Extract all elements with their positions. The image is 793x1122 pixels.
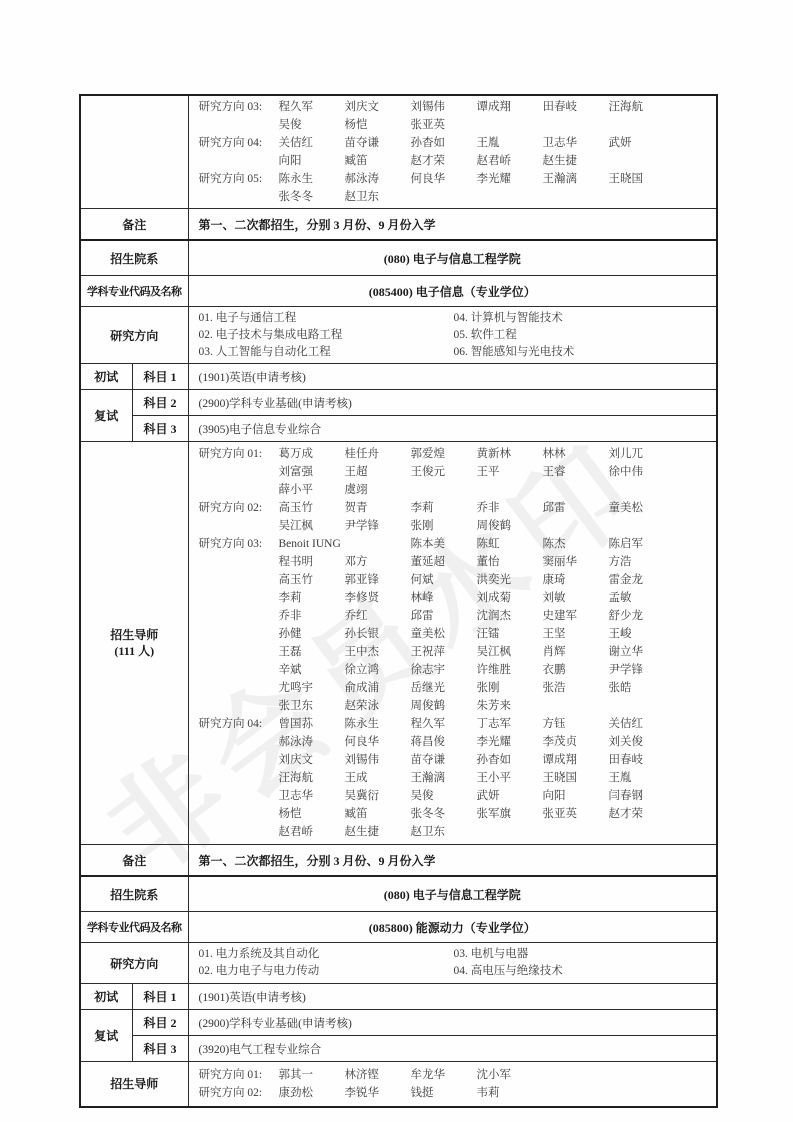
subject2-value: (2900)学科专业基础(申请考核) xyxy=(188,390,717,416)
supervisor-name: 赵生捷 xyxy=(543,152,609,170)
supervisor-name: 尹学锋 xyxy=(609,661,675,679)
supervisor-name: 郭亚锋 xyxy=(345,571,411,589)
supervisor-name: 王祝萍 xyxy=(411,643,477,661)
table-row-subject: 复试科目 2(2900)学科专业基础(申请考核) xyxy=(80,1010,717,1036)
direction-prefix: 研究方向 05: xyxy=(199,170,279,188)
row-label-empty xyxy=(80,95,188,209)
supervisor-line: 高玉竹郭亚锋何斌洪奕光康琦雷金龙 xyxy=(199,571,711,589)
supervisor-name: 高玉竹 xyxy=(279,571,345,589)
supervisor-name: 李锐华 xyxy=(345,1084,411,1102)
directions-list: 01. 电子与通信工程04. 计算机与智能技术02. 电子技术与集成电路工程05… xyxy=(188,307,717,364)
supervisor-name: 窦丽华 xyxy=(543,553,609,571)
note-value: 第一、二次都招生，分别 3 月份、9 月份入学 xyxy=(188,209,717,241)
supervisor-line: 王磊王中杰王祝萍吴江枫肖辉谢立华 xyxy=(199,643,711,661)
supervisor-name: 关佶红 xyxy=(609,715,675,733)
supervisor-name: 方浩 xyxy=(609,553,675,571)
supervisor-line: 张卫东赵荣泳周俊鹤朱芳来 xyxy=(199,697,711,715)
supervisor-name: 李光耀 xyxy=(477,170,543,188)
supervisor-name: 王磊 xyxy=(279,643,345,661)
supervisor-name: 赵才荣 xyxy=(609,805,675,823)
subject1-value: (1901)英语(申请考核) xyxy=(188,364,717,390)
supervisor-name: 吴江枫 xyxy=(279,517,345,535)
subject3-value: (3920)电气工程专业综合 xyxy=(188,1036,717,1062)
direction-prefix: 研究方向 04: xyxy=(199,715,279,733)
dept-value: (080) 电子与信息工程学院 xyxy=(188,240,717,276)
supervisor-name: 刘锡伟 xyxy=(411,98,477,116)
supervisor-line: 薛小平虞翊 xyxy=(199,481,711,499)
supervisor-name: 尹学锋 xyxy=(345,517,411,535)
direction-item: 05. 软件工程 xyxy=(454,327,517,344)
label-line: 招生导师 xyxy=(82,1076,187,1092)
supervisor-name: 王小平 xyxy=(477,769,543,787)
supervisor-name: 谢立华 xyxy=(609,643,675,661)
label-line: (111 人) xyxy=(82,643,187,659)
supervisor-name: 王瀚漓 xyxy=(411,769,477,787)
row-label-subject2: 科目 2 xyxy=(132,390,188,416)
direction-item: 01. 电子与通信工程 xyxy=(199,310,454,327)
direction-item: 01. 电力系统及其自动化 xyxy=(199,946,454,963)
supervisor-name: 程书明 xyxy=(279,553,345,571)
supervisor-name: 臧笛 xyxy=(345,152,411,170)
row-label-major-code: 学科专业代码及名称 xyxy=(80,276,188,307)
supervisor-line: 郝泳涛何良华蒋昌俊李光耀李茂贞刘关俊 xyxy=(199,733,711,751)
row-label-subject1: 科目 1 xyxy=(132,364,188,390)
supervisor-name: 朱芳来 xyxy=(477,697,543,715)
supervisor-name: 赵卫东 xyxy=(411,823,477,841)
direction-prefix: 研究方向 01: xyxy=(199,1066,279,1084)
direction-pair: 02. 电子技术与集成电路工程05. 软件工程 xyxy=(199,327,711,344)
row-label-subject2: 科目 2 xyxy=(132,1010,188,1036)
supervisor-name: 武妍 xyxy=(609,134,675,152)
supervisor-line: 刘富强王超王俊元王平王睿徐中伟 xyxy=(199,463,711,481)
supervisor-name: 李莉 xyxy=(279,589,345,607)
supervisor-name: 邱雷 xyxy=(411,607,477,625)
row-label-dept: 招生院系 xyxy=(80,240,188,276)
supervisor-name: 何良华 xyxy=(411,170,477,188)
supervisor-name: 衣鹏 xyxy=(543,661,609,679)
supervisors-cell: 研究方向 01:葛万成桂任舟郭爱煌黄新林林林刘儿兀刘富强王超王俊元王平王睿徐中伟… xyxy=(188,442,717,845)
supervisor-line: 赵君峤赵生捷赵卫东 xyxy=(199,823,711,841)
supervisor-name: 康琦 xyxy=(543,571,609,589)
table-row-directions2: 研究方向01. 电力系统及其自动化03. 电机与电器02. 电力电子与电力传动0… xyxy=(80,943,717,984)
row-label-first-exam: 初试 xyxy=(80,984,132,1010)
supervisor-name: 桂任舟 xyxy=(345,445,411,463)
supervisor-name: 孙健 xyxy=(279,625,345,643)
row-label-second-exam: 复试 xyxy=(80,390,132,442)
row-label-subject3: 科目 3 xyxy=(132,1036,188,1062)
supervisor-name: 陈启军 xyxy=(609,535,675,553)
supervisor-name: 辛斌 xyxy=(279,661,345,679)
supervisor-name: 郝泳涛 xyxy=(345,170,411,188)
supervisor-name: 王睿 xyxy=(543,463,609,481)
supervisor-name: 王平 xyxy=(477,463,543,481)
supervisor-name: 汪海航 xyxy=(279,769,345,787)
supervisor-name: 关佶红 xyxy=(279,134,345,152)
supervisor-line: 研究方向 03:程久军刘庆文刘锡伟谭成翔田春岐汪海航 xyxy=(199,98,711,116)
supervisor-line: 研究方向 03:Benoit IUNG陈本美陈虹陈杰陈启军 xyxy=(199,535,711,553)
direction-item: 06. 智能感知与光电技术 xyxy=(454,344,575,361)
supervisor-name: 徐中伟 xyxy=(609,463,675,481)
supervisor-name: 苗夺谦 xyxy=(411,751,477,769)
supervisor-name: 向阳 xyxy=(279,152,345,170)
supervisor-name: 程久军 xyxy=(279,98,345,116)
direction-pair: 01. 电力系统及其自动化03. 电机与电器 xyxy=(199,946,711,963)
supervisor-name: 吴俊 xyxy=(279,116,345,134)
supervisor-name: 孙长银 xyxy=(345,625,411,643)
supervisor-name: 郭爱煌 xyxy=(411,445,477,463)
supervisor-name: 武妍 xyxy=(477,787,543,805)
row-label-note: 备注 xyxy=(80,845,188,877)
direction-prefix: 研究方向 03: xyxy=(199,98,279,116)
direction-item: 04. 高电压与绝缘技术 xyxy=(454,963,563,980)
admissions-table: 研究方向 03:程久军刘庆文刘锡伟谭成翔田春岐汪海航吴俊杨恺张亚英研究方向 04… xyxy=(79,94,718,1108)
supervisor-name: 刘锡伟 xyxy=(345,751,411,769)
supervisor-name: 郝泳涛 xyxy=(279,733,345,751)
supervisor-name: 蒋昌俊 xyxy=(411,733,477,751)
supervisor-name: 岳继光 xyxy=(411,679,477,697)
direction-prefix: 研究方向 04: xyxy=(199,134,279,152)
supervisor-name: 徐志宇 xyxy=(411,661,477,679)
supervisor-line: 研究方向 02:康劲松李锐华钱挺韦莉 xyxy=(199,1084,711,1102)
table-row-subject: 初试科目 1(1901)英语(申请考核) xyxy=(80,984,717,1010)
supervisor-name: 刘庆文 xyxy=(279,751,345,769)
direction-prefix: 研究方向 02: xyxy=(199,499,279,517)
supervisor-line: 李莉李修贤林峰刘成菊刘敏孟敏 xyxy=(199,589,711,607)
supervisor-name: 王峻 xyxy=(609,625,675,643)
supervisor-name: 方钰 xyxy=(543,715,609,733)
row-label-dept: 招生院系 xyxy=(80,876,188,912)
row-label-subject3: 科目 3 xyxy=(132,416,188,442)
supervisor-name: 卫志华 xyxy=(279,787,345,805)
supervisor-name: 高玉竹 xyxy=(279,499,345,517)
supervisor-name: 林林 xyxy=(543,445,609,463)
supervisor-name: 李茂贞 xyxy=(543,733,609,751)
table-row-subject: 科目 3(3920)电气工程专业综合 xyxy=(80,1036,717,1062)
subject1-value: (1901)英语(申请考核) xyxy=(188,984,717,1010)
supervisor-name: 杨恺 xyxy=(279,805,345,823)
supervisor-name: 卫志华 xyxy=(543,134,609,152)
supervisor-name: 王中杰 xyxy=(345,643,411,661)
supervisor-name: 谭成翔 xyxy=(543,751,609,769)
table-row-subject: 复试科目 2(2900)学科专业基础(申请考核) xyxy=(80,390,717,416)
row-label-major-code: 学科专业代码及名称 xyxy=(80,912,188,943)
supervisor-name: 刘关俊 xyxy=(609,733,675,751)
subject3-value: (3905)电子信息专业综合 xyxy=(188,416,717,442)
direction-pair: 02. 电力电子与电力传动04. 高电压与绝缘技术 xyxy=(199,963,711,980)
table-row-subject: 科目 3(3905)电子信息专业综合 xyxy=(80,416,717,442)
table-row-note: 备注第一、二次都招生，分别 3 月份、9 月份入学 xyxy=(80,209,717,241)
supervisor-name: 赵才荣 xyxy=(411,152,477,170)
supervisor-name: 林济铿 xyxy=(345,1066,411,1084)
note-value: 第一、二次都招生，分别 3 月份、9 月份入学 xyxy=(188,845,717,877)
table-row-directions3: 研究方向01. 电子与通信工程04. 计算机与智能技术02. 电子技术与集成电路… xyxy=(80,307,717,364)
supervisor-name: 王晓国 xyxy=(609,170,675,188)
supervisor-name: 张刚 xyxy=(411,517,477,535)
supervisor-line: 研究方向 04:曾国荪陈永生程久军丁志军方钰关佶红 xyxy=(199,715,711,733)
supervisor-name: 吴江枫 xyxy=(477,643,543,661)
supervisor-name: 陈本美 xyxy=(411,535,477,553)
supervisor-line: 吴江枫尹学锋张刚周俊鹤 xyxy=(199,517,711,535)
supervisor-name: 史建军 xyxy=(543,607,609,625)
supervisor-name: 王俊元 xyxy=(411,463,477,481)
direction-prefix: 研究方向 02: xyxy=(199,1084,279,1102)
direction-item: 02. 电力电子与电力传动 xyxy=(199,963,454,980)
direction-item: 02. 电子技术与集成电路工程 xyxy=(199,327,454,344)
supervisor-name: 童美松 xyxy=(411,625,477,643)
supervisor-name: 邱雷 xyxy=(543,499,609,517)
direction-prefix: 研究方向 01: xyxy=(199,445,279,463)
supervisor-name: 赵荣泳 xyxy=(345,697,411,715)
supervisor-name: 苗夺谦 xyxy=(345,134,411,152)
supervisor-name: 郭其一 xyxy=(279,1066,345,1084)
supervisor-name: 王瀚漓 xyxy=(543,170,609,188)
supervisor-name: 沈小军 xyxy=(477,1066,543,1084)
supervisor-name: 曾国荪 xyxy=(279,715,345,733)
table-row-supervisorsC: 招生导师研究方向 01:郭其一林济铿牟龙华沈小军研究方向 02:康劲松李锐华钱挺… xyxy=(80,1062,717,1108)
supervisor-name: 刘敏 xyxy=(543,589,609,607)
supervisor-name: 田春岐 xyxy=(609,751,675,769)
supervisor-name: 张皓 xyxy=(609,679,675,697)
supervisor-name: 刘富强 xyxy=(279,463,345,481)
table-row-supervisorsB: 招生导师(111 人)研究方向 01:葛万成桂任舟郭爱煌黄新林林林刘儿兀刘富强王… xyxy=(80,442,717,845)
supervisor-line: 吴俊杨恺张亚英 xyxy=(199,116,711,134)
supervisor-name: 张亚英 xyxy=(411,116,477,134)
supervisor-name: 谭成翔 xyxy=(477,98,543,116)
table-row-code: 学科专业代码及名称(085400) 电子信息（专业学位） xyxy=(80,276,717,307)
row-label-subject1: 科目 1 xyxy=(132,984,188,1010)
supervisor-name: 何斌 xyxy=(411,571,477,589)
supervisor-line: 孙健孙长银童美松汪镭王坚王峻 xyxy=(199,625,711,643)
supervisor-name: 张亚英 xyxy=(543,805,609,823)
row-label-directions: 研究方向 xyxy=(80,307,188,364)
supervisor-name: 雷金龙 xyxy=(609,571,675,589)
supervisor-name: 臧笛 xyxy=(345,805,411,823)
table-row-subject: 初试科目 1(1901)英语(申请考核) xyxy=(80,364,717,390)
document-page: 非会员水印 研究方向 03:程久军刘庆文刘锡伟谭成翔田春岐汪海航吴俊杨恺张亚英研… xyxy=(0,0,793,1122)
supervisor-line: 杨恺臧笛张冬冬张军旗张亚英赵才荣 xyxy=(199,805,711,823)
row-label-second-exam: 复试 xyxy=(80,1010,132,1062)
supervisor-name: 王晓国 xyxy=(543,769,609,787)
supervisor-name: 陈永生 xyxy=(279,170,345,188)
subject2-value: (2900)学科专业基础(申请考核) xyxy=(188,1010,717,1036)
supervisor-name: 尤鸣宇 xyxy=(279,679,345,697)
supervisor-line: 研究方向 05:陈永生郝泳涛何良华李光耀王瀚漓王晓国 xyxy=(199,170,711,188)
label-line: 招生导师 xyxy=(82,627,187,643)
row-label-supervisors: 招生导师 xyxy=(80,1062,188,1108)
supervisor-line: 程书明邓方董延超董怡窦丽华方浩 xyxy=(199,553,711,571)
supervisor-name: 张军旗 xyxy=(477,805,543,823)
supervisor-name: 李修贤 xyxy=(345,589,411,607)
supervisor-name: 张卫东 xyxy=(279,697,345,715)
supervisor-name: 韦莉 xyxy=(477,1084,543,1102)
supervisor-name: 刘儿兀 xyxy=(609,445,675,463)
supervisor-name: 王超 xyxy=(345,463,411,481)
supervisor-name: 何良华 xyxy=(345,733,411,751)
supervisor-name: 丁志军 xyxy=(477,715,543,733)
supervisor-line: 辛斌徐立鸿徐志宇许维胜衣鹏尹学锋 xyxy=(199,661,711,679)
supervisor-line: 张冬冬赵卫东 xyxy=(199,188,711,206)
supervisor-name: 周俊鹤 xyxy=(411,697,477,715)
supervisor-line: 研究方向 02:高玉竹贺青李莉乔非邱雷童美松 xyxy=(199,499,711,517)
supervisor-name: 董怡 xyxy=(477,553,543,571)
supervisor-name: 张刚 xyxy=(477,679,543,697)
supervisor-name: 孙杳如 xyxy=(411,134,477,152)
direction-pair: 03. 人工智能与自动化工程06. 智能感知与光电技术 xyxy=(199,344,711,361)
row-label-first-exam: 初试 xyxy=(80,364,132,390)
table-row-code: 学科专业代码及名称(085800) 能源动力（专业学位） xyxy=(80,912,717,943)
row-label-directions: 研究方向 xyxy=(80,943,188,984)
direction-item: 04. 计算机与智能技术 xyxy=(454,310,563,327)
supervisor-name: 张冬冬 xyxy=(411,805,477,823)
table-row-dept: 招生院系(080) 电子与信息工程学院 xyxy=(80,240,717,276)
supervisors-cell: 研究方向 01:郭其一林济铿牟龙华沈小军研究方向 02:康劲松李锐华钱挺韦莉 xyxy=(188,1062,717,1108)
supervisor-name: 赵君峤 xyxy=(279,823,345,841)
direction-item: 03. 电机与电器 xyxy=(454,946,529,963)
supervisor-name: 赵君峤 xyxy=(477,152,543,170)
supervisor-name: 张浩 xyxy=(543,679,609,697)
supervisor-name: 李莉 xyxy=(411,499,477,517)
row-label-supervisors: 招生导师(111 人) xyxy=(80,442,188,845)
supervisor-name: 沈润杰 xyxy=(477,607,543,625)
supervisor-line: 研究方向 04:关佶红苗夺谦孙杳如王胤卫志华武妍 xyxy=(199,134,711,152)
row-label-note: 备注 xyxy=(80,209,188,241)
supervisor-name: 陈永生 xyxy=(345,715,411,733)
supervisor-name: 王胤 xyxy=(609,769,675,787)
supervisor-name: 周俊鹤 xyxy=(477,517,543,535)
supervisor-name: 李光耀 xyxy=(477,733,543,751)
supervisor-name: 赵生捷 xyxy=(345,823,411,841)
supervisor-name: 黄新林 xyxy=(477,445,543,463)
supervisor-name: 洪奕光 xyxy=(477,571,543,589)
supervisor-name: 虞翊 xyxy=(345,481,411,499)
supervisor-name: 张冬冬 xyxy=(279,188,345,206)
supervisor-line: 卫志华吴冀衍吴俊武妍向阳闫春钢 xyxy=(199,787,711,805)
directions-list: 01. 电力系统及其自动化03. 电机与电器02. 电力电子与电力传动04. 高… xyxy=(188,943,717,984)
supervisor-name: 程久军 xyxy=(411,715,477,733)
supervisor-name: 乔红 xyxy=(345,607,411,625)
direction-pair: 01. 电子与通信工程04. 计算机与智能技术 xyxy=(199,310,711,327)
supervisor-name: 葛万成 xyxy=(279,445,345,463)
supervisor-name: 向阳 xyxy=(543,787,609,805)
table-row-continuation: 研究方向 03:程久军刘庆文刘锡伟谭成翔田春岐汪海航吴俊杨恺张亚英研究方向 04… xyxy=(80,95,717,209)
supervisor-name: 闫春钢 xyxy=(609,787,675,805)
supervisor-line: 研究方向 01:郭其一林济铿牟龙华沈小军 xyxy=(199,1066,711,1084)
supervisor-name: 徐立鸿 xyxy=(345,661,411,679)
supervisor-name: 乔非 xyxy=(477,499,543,517)
supervisor-line: 尤鸣宇俞成浦岳继光张刚张浩张皓 xyxy=(199,679,711,697)
supervisor-name: 林峰 xyxy=(411,589,477,607)
supervisor-name: 赵卫东 xyxy=(345,188,411,206)
supervisor-name: 许维胜 xyxy=(477,661,543,679)
supervisor-name: 陈虹 xyxy=(477,535,543,553)
direction-prefix: 研究方向 03: xyxy=(199,535,279,553)
supervisor-line: 汪海航王成王瀚漓王小平王晓国王胤 xyxy=(199,769,711,787)
supervisor-name: 吴冀衍 xyxy=(345,787,411,805)
supervisor-name: 童美松 xyxy=(609,499,675,517)
supervisor-name: 王胤 xyxy=(477,134,543,152)
supervisor-name: 肖辉 xyxy=(543,643,609,661)
supervisor-name: 刘成菊 xyxy=(477,589,543,607)
supervisor-name: 杨恺 xyxy=(345,116,411,134)
supervisor-name: 吴俊 xyxy=(411,787,477,805)
major-code-value: (085800) 能源动力（专业学位） xyxy=(188,912,717,943)
supervisor-name: 刘庆文 xyxy=(345,98,411,116)
supervisor-name: 田春岐 xyxy=(543,98,609,116)
major-code-value: (085400) 电子信息（专业学位） xyxy=(188,276,717,307)
supervisors-continuation-cell: 研究方向 03:程久军刘庆文刘锡伟谭成翔田春岐汪海航吴俊杨恺张亚英研究方向 04… xyxy=(188,95,717,209)
supervisor-name: 孙杳如 xyxy=(477,751,543,769)
supervisor-line: 研究方向 01:葛万成桂任舟郭爱煌黄新林林林刘儿兀 xyxy=(199,445,711,463)
supervisor-name: 舒少龙 xyxy=(609,607,675,625)
supervisor-name: 孟敏 xyxy=(609,589,675,607)
supervisor-name: 薛小平 xyxy=(279,481,345,499)
direction-item: 03. 人工智能与自动化工程 xyxy=(199,344,454,361)
supervisor-line: 刘庆文刘锡伟苗夺谦孙杳如谭成翔田春岐 xyxy=(199,751,711,769)
supervisor-line: 乔非乔红邱雷沈润杰史建军舒少龙 xyxy=(199,607,711,625)
supervisor-name: 王成 xyxy=(345,769,411,787)
table-row-note: 备注第一、二次都招生，分别 3 月份、9 月份入学 xyxy=(80,845,717,877)
supervisor-line: 向阳臧笛赵才荣赵君峤赵生捷 xyxy=(199,152,711,170)
supervisor-name: 康劲松 xyxy=(279,1084,345,1102)
supervisor-name: 陈杰 xyxy=(543,535,609,553)
supervisor-name: 汪镭 xyxy=(477,625,543,643)
supervisor-name: 汪海航 xyxy=(609,98,675,116)
supervisor-name: 乔非 xyxy=(279,607,345,625)
supervisor-name: 牟龙华 xyxy=(411,1066,477,1084)
supervisor-name: 王坚 xyxy=(543,625,609,643)
supervisor-name: Benoit IUNG xyxy=(279,535,411,553)
supervisor-name: 董延超 xyxy=(411,553,477,571)
supervisor-name: 钱挺 xyxy=(411,1084,477,1102)
supervisor-name: 贺青 xyxy=(345,499,411,517)
supervisor-name: 俞成浦 xyxy=(345,679,411,697)
supervisor-name: 邓方 xyxy=(345,553,411,571)
dept-value: (080) 电子与信息工程学院 xyxy=(188,876,717,912)
table-row-dept: 招生院系(080) 电子与信息工程学院 xyxy=(80,876,717,912)
